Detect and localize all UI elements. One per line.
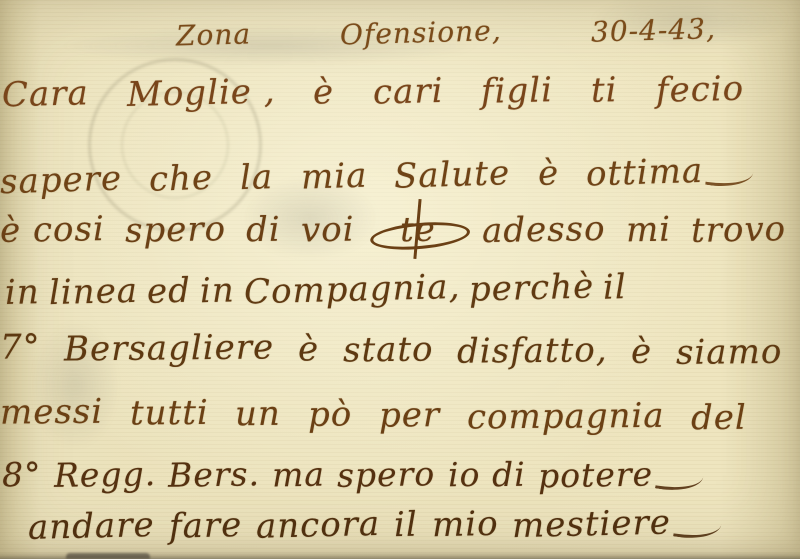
- handwritten-word: Zona: [176, 17, 252, 52]
- handwritten-word: io: [447, 455, 480, 495]
- handwriting-line: andarefareancorailmiomestiere: [28, 503, 720, 547]
- handwritten-word: mia: [300, 156, 368, 198]
- handwriting-line: 8°Regg.Bers.masperoiodipotere: [2, 455, 702, 494]
- handwritten-word: un: [235, 394, 281, 434]
- handwritten-word: Bers.: [168, 454, 261, 495]
- handwriting-line: ZonaOfensione,30-4-43,: [176, 13, 716, 52]
- handwritten-word: ottima: [585, 149, 752, 194]
- handwritten-word: Regg.: [53, 454, 156, 495]
- handwritten-word: in: [199, 270, 235, 311]
- handwritten-word: te: [374, 209, 462, 251]
- handwritten-word: adesso: [482, 209, 606, 251]
- handwritten-word: 7°: [0, 327, 41, 367]
- handwritten-word: messi: [0, 392, 103, 433]
- handwritten-word: Ofensione,: [340, 14, 502, 51]
- handwritten-word: disfatto,: [457, 330, 608, 372]
- handwritten-word: compagnia: [467, 396, 665, 438]
- handwritten-word: mestiere: [512, 501, 721, 546]
- handwritten-word: ed: [146, 271, 191, 312]
- handwritten-word: ti: [591, 70, 619, 111]
- handwritten-word: il: [603, 267, 628, 308]
- handwritten-word: il: [393, 505, 418, 546]
- handwritten-word: pò: [308, 394, 353, 434]
- letter-scan: ZonaOfensione,30-4-43,CaraMoglie ,ècarif…: [0, 0, 800, 559]
- handwriting-line: inlineaedinCompagnia,perchèil: [5, 267, 627, 312]
- handwritten-word: in: [4, 272, 40, 313]
- handwriting-line: messituttiunpòpercompagniadel: [0, 392, 747, 439]
- handwritten-word: potere: [538, 454, 703, 496]
- handwritten-word: mio: [431, 504, 498, 546]
- handwritten-word: spero: [124, 209, 226, 251]
- handwritten-word: è: [537, 153, 559, 194]
- handwriting-line: CaraMoglie ,ècarifiglitifecio: [2, 69, 744, 114]
- handwritten-word: siamo: [675, 332, 782, 373]
- handwritten-word: la: [240, 157, 274, 198]
- handwritten-word: Bersagliere: [64, 327, 275, 369]
- handwritten-word: andare: [28, 505, 155, 548]
- handwritten-word: stato: [342, 330, 433, 371]
- handwriting-line: saperechelamiaSaluteèottima: [0, 151, 752, 201]
- handwritten-word: cari: [372, 71, 443, 113]
- handwritten-word: Moglie ,: [126, 71, 275, 115]
- handwritten-word: trovo: [691, 209, 787, 251]
- handwritten-word: è: [631, 332, 653, 372]
- handwritten-word: Cara: [2, 73, 90, 115]
- handwritten-word: è: [313, 72, 335, 113]
- handwritten-word: è: [298, 329, 320, 369]
- handwritten-word: spero: [337, 454, 436, 495]
- handwritten-word: tutti: [130, 393, 209, 434]
- handwritten-word: ancora: [255, 504, 380, 547]
- handwritten-word: di: [492, 455, 526, 495]
- handwritten-word: per: [379, 395, 440, 436]
- handwritten-word: ma: [272, 455, 326, 495]
- handwritten-word: 30-4-43,: [591, 12, 717, 48]
- handwritten-word: Salute: [394, 153, 511, 197]
- handwritten-word: mi: [625, 210, 671, 251]
- handwritten-word: perchè: [468, 266, 594, 309]
- handwritten-word: che: [149, 158, 214, 200]
- handwritten-word: voi: [300, 210, 354, 251]
- handwriting-line: è cosisperodivoiteadessomitrovo: [0, 210, 786, 250]
- handwritten-word: 8°: [2, 455, 42, 495]
- handwritten-word: fecio: [655, 69, 744, 111]
- handwritten-word: del: [691, 398, 747, 438]
- handwritten-word: Compagnia,: [243, 267, 460, 313]
- handwritten-word: è cosi: [0, 209, 105, 251]
- handwritten-word: fare: [168, 505, 242, 547]
- handwritten-word: di: [246, 210, 281, 251]
- scan-edge-mark: [66, 553, 150, 559]
- handwritten-word: linea: [48, 271, 138, 313]
- handwritten-word: figli: [481, 70, 554, 112]
- handwritten-word: sapere: [0, 158, 123, 202]
- handwriting-line: 7°Bersagliereèstatodisfatto,èsiamo: [0, 327, 782, 372]
